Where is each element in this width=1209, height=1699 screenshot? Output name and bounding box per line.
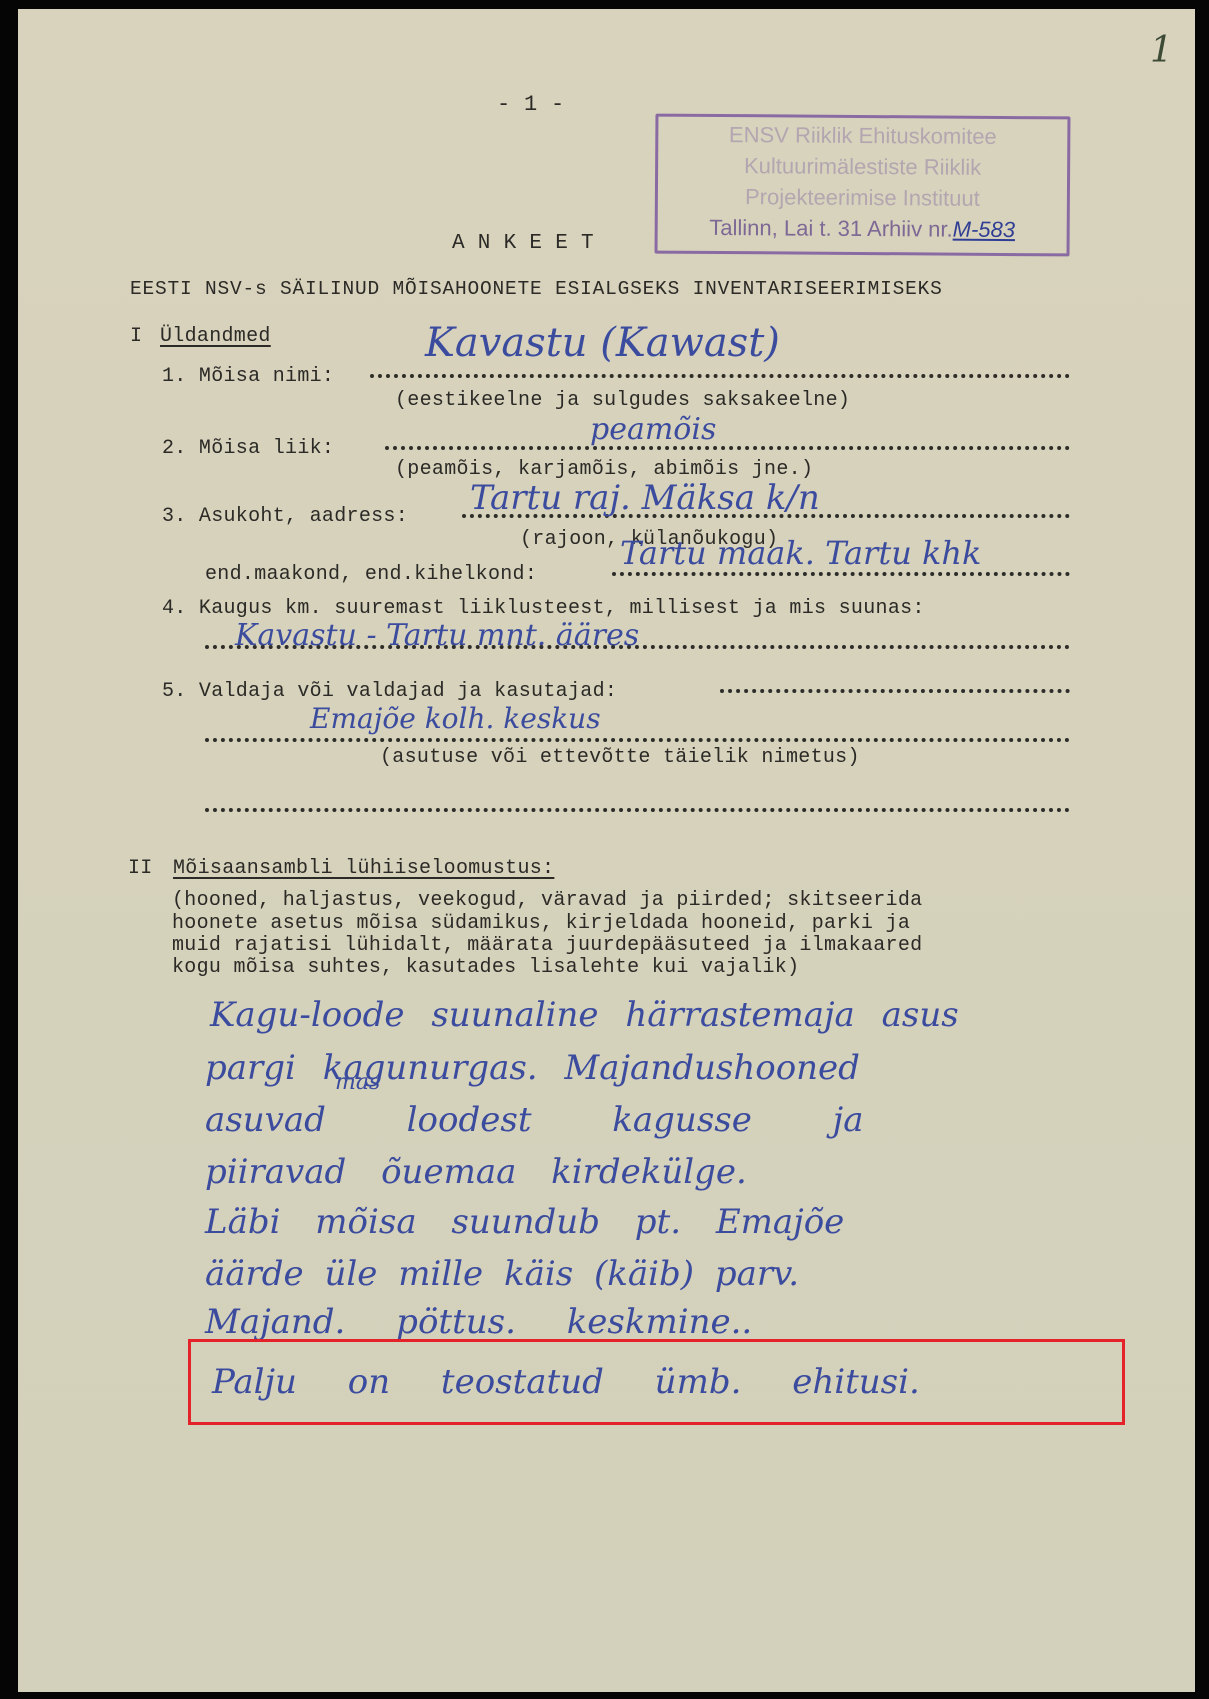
field-5-dotted-line-3 — [205, 808, 1070, 812]
handwritten-line-6: äärde üle mille käis (käib) parv. — [205, 1254, 799, 1294]
field-5-dotted-line-2 — [205, 738, 1070, 742]
handwritten-line-4: piiravad õuemaa kirdekülge. — [205, 1152, 747, 1192]
field-3-label: 3. Asukoht, aadress: — [162, 505, 408, 528]
page-corner-number: 1 — [1150, 30, 1173, 71]
stamp-address: Tallinn, Lai t. 31 Arhiiv nr. — [709, 215, 953, 242]
handwritten-line-5: Läbi mõisa suundub pt. Emajõe — [205, 1202, 844, 1242]
archive-number: M-583 — [953, 217, 1016, 242]
field-3b-dotted-line — [612, 572, 1070, 576]
handwritten-line-3: asuvad loodest kagusse ja — [205, 1100, 863, 1140]
stamp-line-4: Tallinn, Lai t. 31 Arhiiv nr.M-583 — [658, 212, 1067, 246]
document-title: A N K E E T — [452, 232, 594, 255]
section-2-number: II — [128, 857, 153, 880]
section-2-instruction-2: hoonete asetus mõisa südamikus, kirjelda… — [172, 912, 910, 935]
stamp-line-3: Projekteerimise Instituut — [658, 181, 1067, 215]
document-page — [18, 9, 1195, 1692]
field-2-label: 2. Mõisa liik: — [162, 437, 334, 460]
field-5-label: 5. Valdaja või valdajad ja kasutajad: — [162, 680, 617, 703]
field-1-hint: (eestikeelne ja sulgudes saksakeelne) — [395, 389, 850, 412]
field-3b-label: end.maakond, end.kihelkond: — [205, 563, 537, 586]
field-1-value: Kavastu (Kawast) — [425, 320, 780, 366]
field-3b-value: Tartu maak. Tartu khk — [620, 534, 981, 572]
stamp-line-1: ENSV Riiklik Ehituskomitee — [658, 119, 1067, 153]
field-1-label: 1. Mõisa nimi: — [162, 365, 334, 388]
field-4-label: 4. Kaugus km. suuremast liiklusteest, mi… — [162, 597, 925, 620]
section-1-number: I — [130, 325, 142, 348]
highlight-box — [188, 1339, 1125, 1425]
field-5-dotted-line — [720, 689, 1070, 693]
section-2-instruction-1: (hooned, haljastus, veekogud, väravad ja… — [172, 890, 922, 912]
section-1-heading: Üldandmed — [160, 325, 271, 348]
field-4-dotted-line — [205, 645, 1070, 649]
stamp-line-2: Kultuurimälestiste Riiklik — [658, 150, 1067, 184]
handwritten-line-1: Kagu-loode suunaline härrastemaja asus — [210, 995, 959, 1035]
page-number: - 1 - — [497, 92, 565, 117]
document-subtitle: EESTI NSV-s SÄILINUD MÕISAHOONETE ESIALG… — [130, 278, 943, 300]
field-5-hint: (asutuse või ettevõtte täielik nimetus) — [380, 746, 860, 769]
handwritten-line-7: Majand. pöttus. keskmine.. — [205, 1302, 752, 1342]
section-2-instruction-4: kogu mõisa suhtes, kasutades lisalehte k… — [172, 956, 799, 979]
section-2-instruction-3: muid rajatisi lühidalt, määrata juurdepä… — [172, 934, 922, 957]
field-2-dotted-line — [385, 446, 1070, 450]
section-2-heading: Mõisaansambli lühiiseloomustus: — [173, 857, 554, 880]
inserted-word: mas — [335, 1070, 380, 1095]
field-3-value: Tartu raj. Mäksa k/n — [470, 478, 820, 518]
field-1-dotted-line — [370, 374, 1070, 378]
field-5-value: Emajõe kolh. keskus — [310, 702, 601, 735]
archive-stamp: ENSV Riiklik Ehituskomitee Kultuurimäles… — [655, 114, 1071, 257]
field-2-value: peamõis — [590, 412, 716, 447]
handwritten-line-2: pargi kagunurgas. Majandushooned — [205, 1048, 860, 1088]
